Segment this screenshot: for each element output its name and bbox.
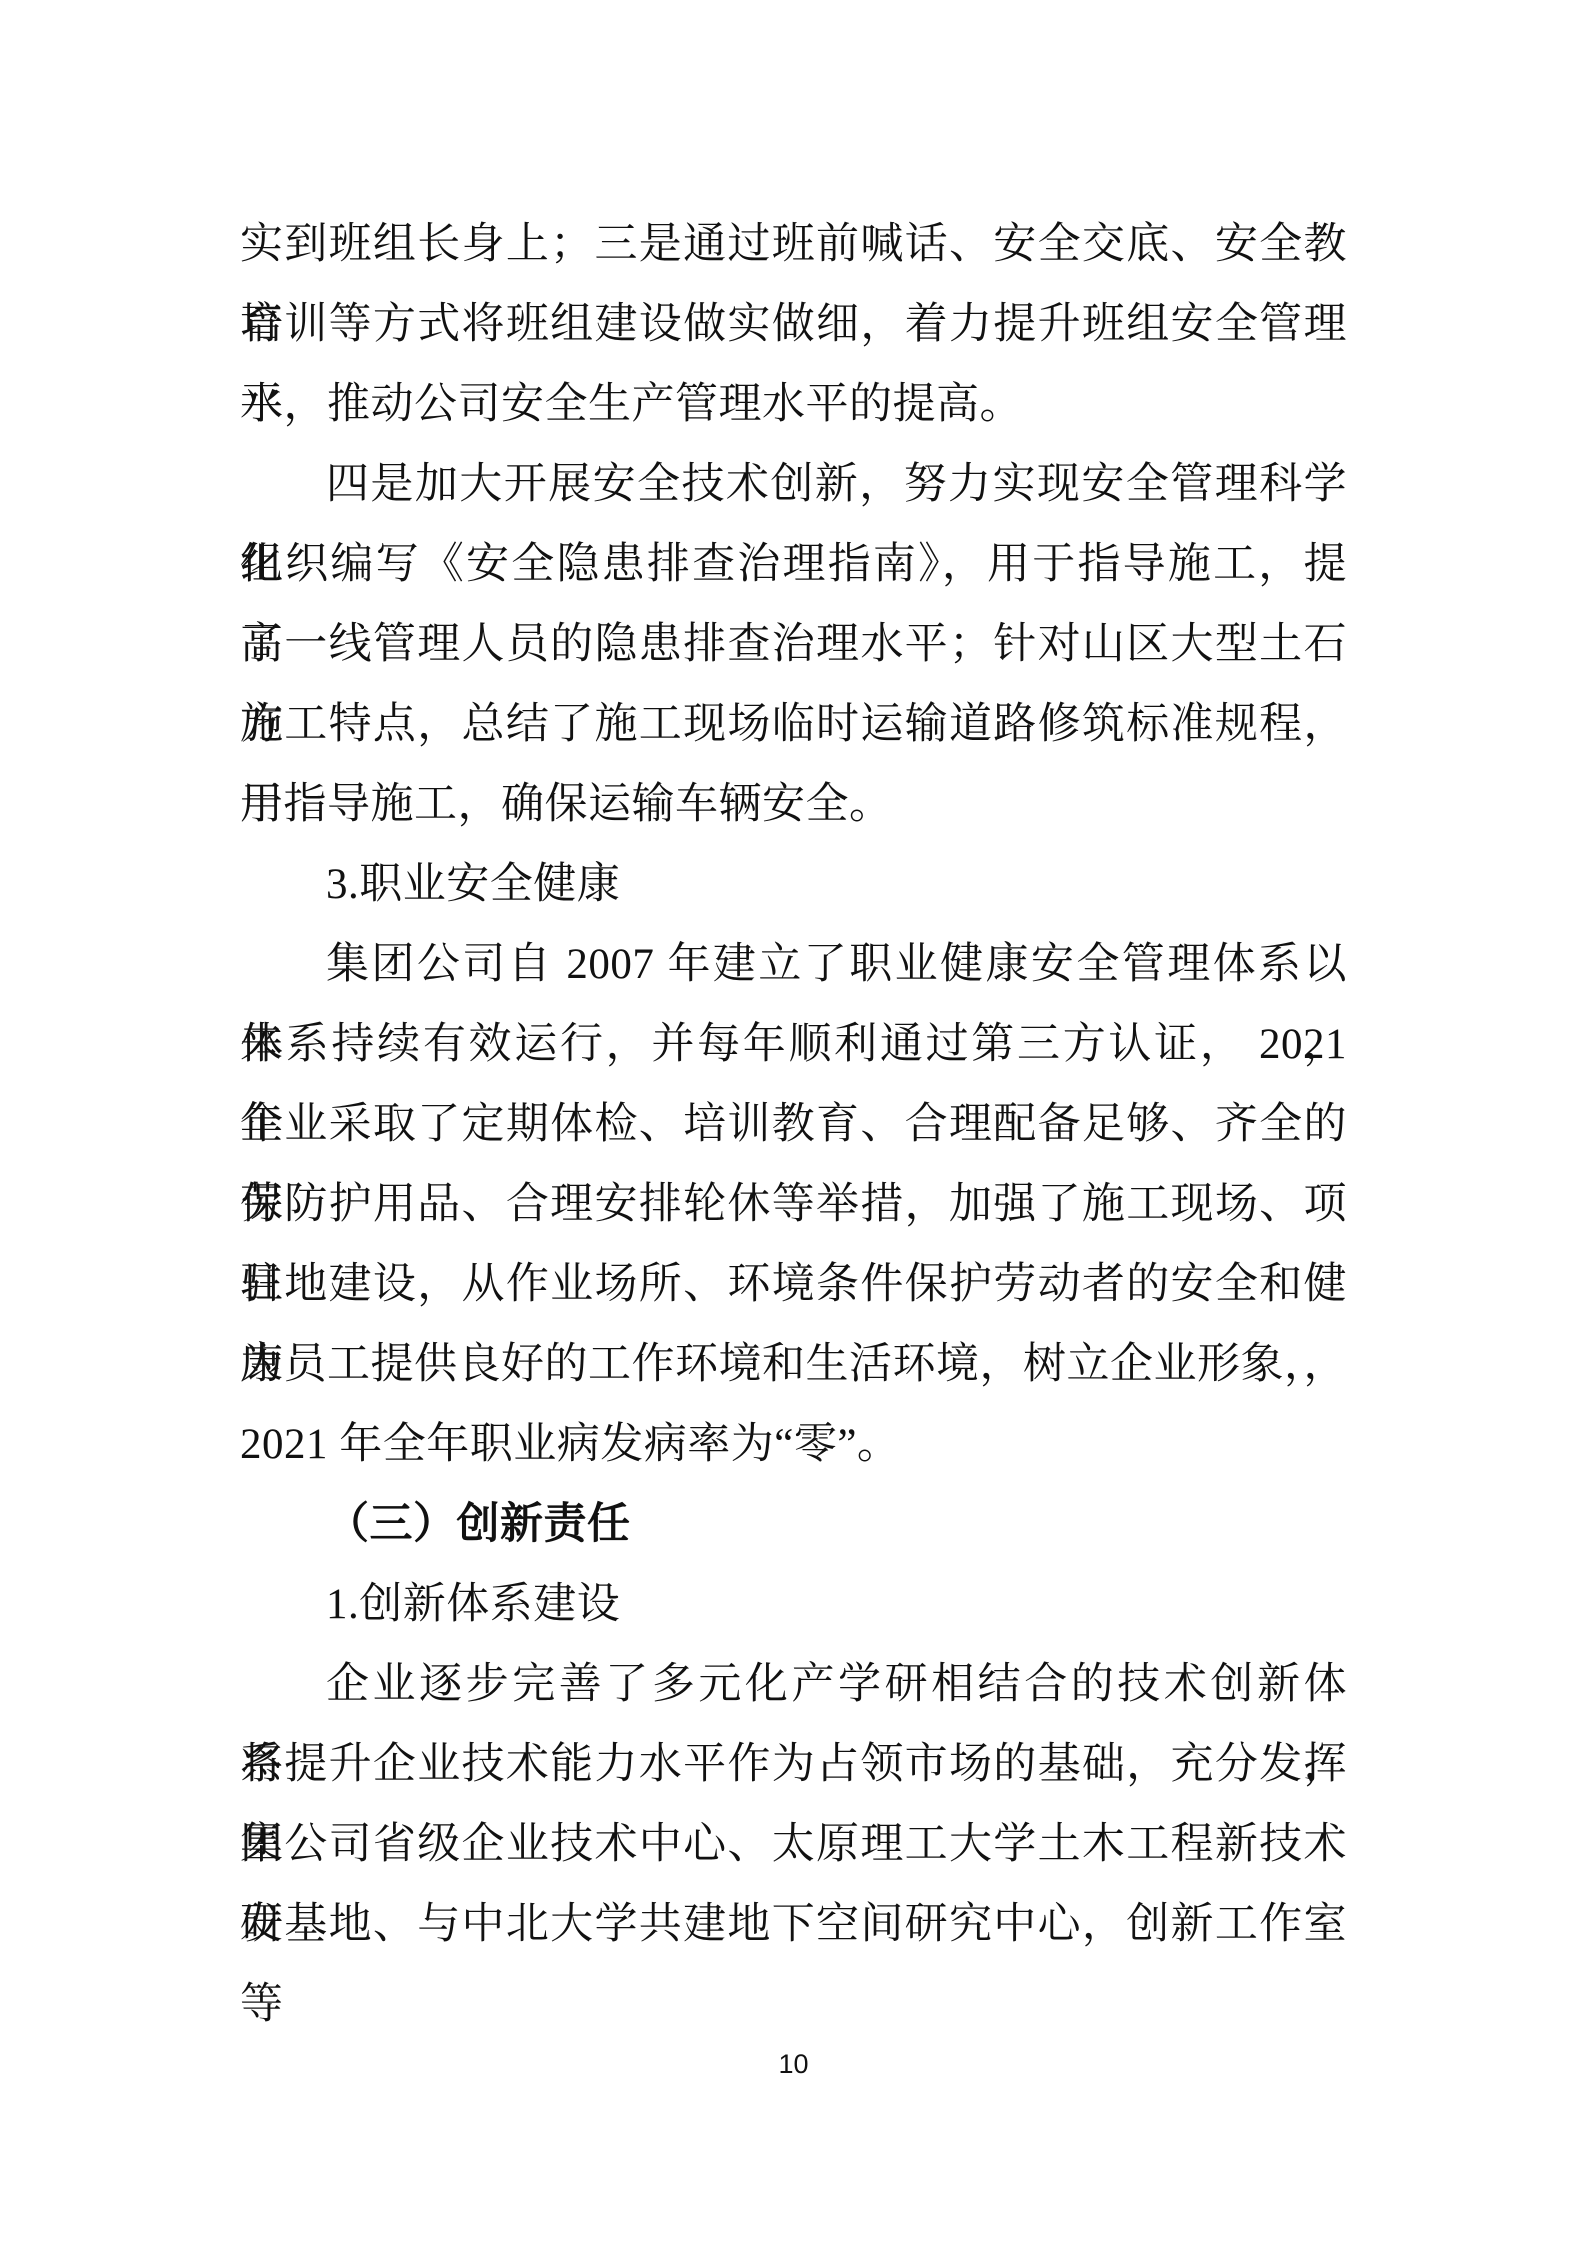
body-line: 了一线管理人员的隐患排查治理水平；针对山区大型土石方: [240, 605, 1347, 685]
body-line: 集团公司自 2007 年建立了职业健康安全管理体系以来，: [240, 925, 1347, 1005]
body-line: 四是加大开展安全技术创新，努力实现安全管理科学化: [240, 445, 1347, 525]
body-line: 保防护用品、合理安排轮休等举措，加强了施工现场、项目: [240, 1165, 1347, 1245]
body-line: 将提升企业技术能力水平作为占领市场的基础，充分发挥集: [240, 1725, 1347, 1805]
body-line: 企业逐步完善了多元化产学研相结合的技术创新体系，: [240, 1645, 1347, 1725]
body-line: 于指导施工，确保运输车辆安全。: [240, 765, 1347, 845]
body-line: 实到班组长身上；三是通过班前喊话、安全交底、安全教育: [240, 205, 1347, 285]
body-line: 2021 年全年职业病发病率为“零”。: [240, 1405, 1347, 1485]
heading-innovation-responsibility: （三）创新责任: [240, 1485, 1347, 1565]
subheading-innovation-system: 1.创新体系建设: [240, 1565, 1347, 1645]
body-line: 为员工提供良好的工作环境和生活环境，树立企业形象，: [240, 1325, 1347, 1405]
body-line: 培训等方式将班组建设做实做细，着力提升班组安全管理水: [240, 285, 1347, 365]
body-line: 组织编写《安全隐患排查治理指南》，用于指导施工，提高: [240, 525, 1347, 605]
document-body: 实到班组长身上；三是通过班前喊话、安全交底、安全教育 培训等方式将班组建设做实做…: [240, 205, 1347, 1965]
page-number: 10: [0, 2048, 1587, 2080]
body-line: 驻地建设，从作业场所、环境条件保护劳动者的安全和健康，: [240, 1245, 1347, 1325]
document-page: 实到班组长身上；三是通过班前喊话、安全交底、安全教育 培训等方式将班组建设做实做…: [0, 0, 1587, 2245]
body-line: 发基地、与中北大学共建地下空间研究中心，创新工作室等: [240, 1885, 1347, 1965]
body-line: 企业采取了定期体检、培训教育、合理配备足够、齐全的劳: [240, 1085, 1347, 1165]
subheading-occupational-safety: 3.职业安全健康: [240, 845, 1347, 925]
body-line: 平，推动公司安全生产管理水平的提高。: [240, 365, 1347, 445]
body-line: 施工特点，总结了施工现场临时运输道路修筑标准规程，用: [240, 685, 1347, 765]
body-line: 团公司省级企业技术中心、太原理工大学土木工程新技术研: [240, 1805, 1347, 1885]
body-line: 体系持续有效运行，并每年顺利通过第三方认证， 2021 年: [240, 1005, 1347, 1085]
